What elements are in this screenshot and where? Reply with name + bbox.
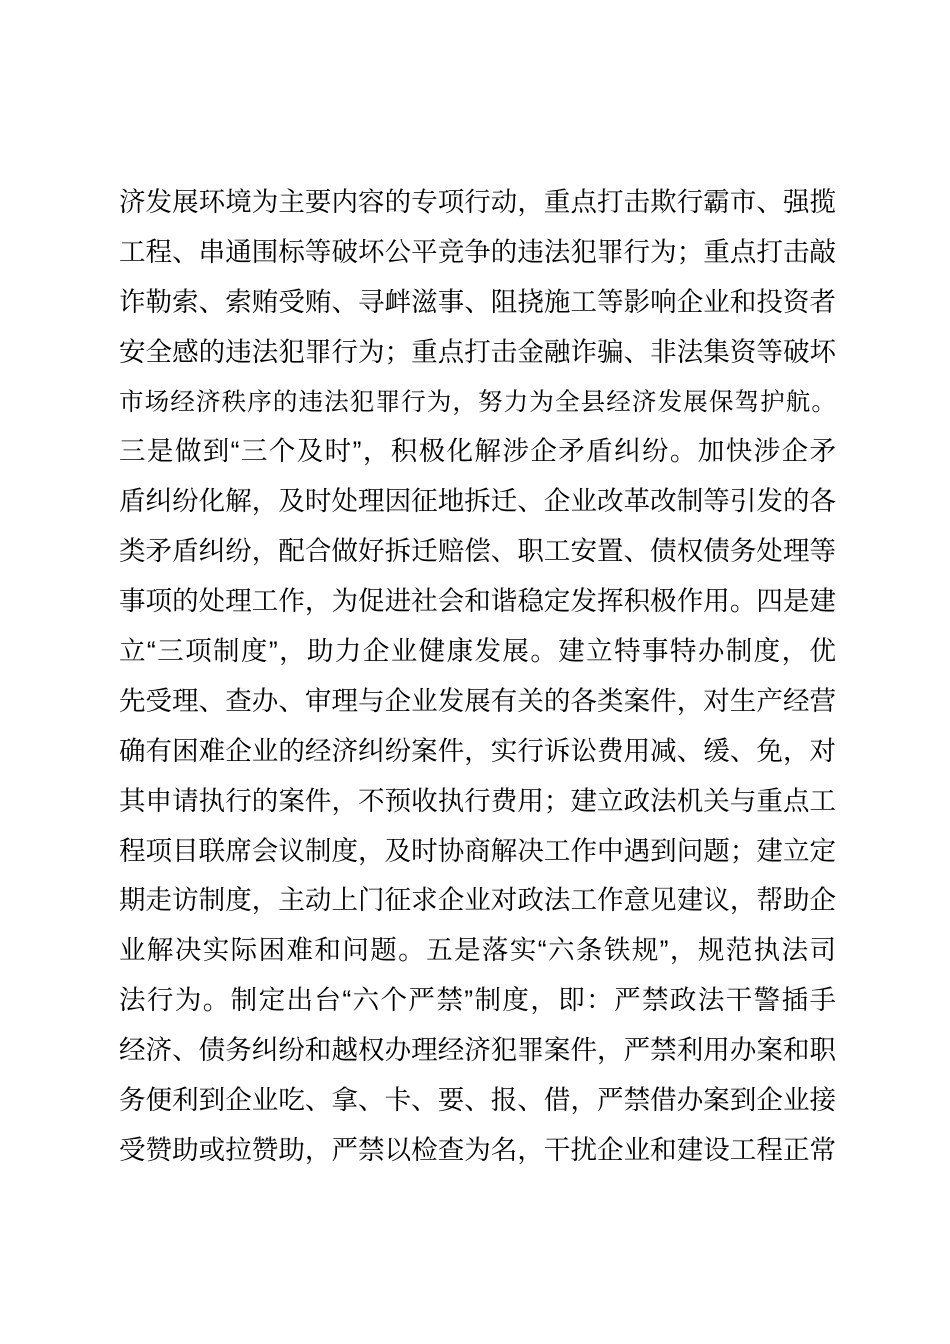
text-line: 三是做到“三个及时”，积极化解涉企矛盾纠纷。加快涉企矛 xyxy=(119,427,836,477)
text-line: 其申请执行的案件，不预收执行费用；建立政法机关与重点工 xyxy=(119,777,836,827)
text-line: 先受理、查办、审理与企业发展有关的各类案件，对生产经营 xyxy=(119,677,836,727)
text-line: 程项目联席会议制度，及时协商解决工作中遇到问题；建立定 xyxy=(119,827,836,877)
text-line: 盾纠纷化解，及时处理因征地拆迁、企业改革改制等引发的各 xyxy=(119,477,836,527)
text-line: 业解决实际困难和问题。五是落实“六条铁规”，规范执法司 xyxy=(119,926,836,976)
text-line: 事项的处理工作，为促进社会和谐稳定发挥积极作用。四是建 xyxy=(119,577,836,627)
text-line: 立“三项制度”，助力企业健康发展。建立特事特办制度，优 xyxy=(119,627,836,677)
text-line: 经济、债务纠纷和越权办理经济犯罪案件，严禁利用办案和职 xyxy=(119,1026,836,1076)
document-page: 济发展环境为主要内容的专项行动，重点打击欺行霸市、强揽 工程、串通围标等破坏公平… xyxy=(0,0,950,1344)
text-line: 济发展环境为主要内容的专项行动，重点打击欺行霸市、强揽 xyxy=(119,178,836,228)
text-line: 务便利到企业吃、拿、卡、要、报、借，严禁借办案到企业接 xyxy=(119,1076,836,1126)
text-line: 期走访制度，主动上门征求企业对政法工作意见建议，帮助企 xyxy=(119,876,836,926)
text-line: 类矛盾纠纷，配合做好拆迁赔偿、职工安置、债权债务处理等 xyxy=(119,527,836,577)
text-line: 受赞助或拉赞助，严禁以检查为名，干扰企业和建设工程正常 xyxy=(119,1126,836,1176)
text-line: 安全感的违法犯罪行为；重点打击金融诈骗、非法集资等破坏 xyxy=(119,328,836,378)
text-line: 确有困难企业的经济纠纷案件，实行诉讼费用减、缓、免，对 xyxy=(119,727,836,777)
text-line: 市场经济秩序的违法犯罪行为，努力为全县经济发展保驾护航。 xyxy=(119,378,836,428)
text-line: 诈勒索、索贿受贿、寻衅滋事、阻挠施工等影响企业和投资者 xyxy=(119,278,836,328)
paragraph-continuation: 济发展环境为主要内容的专项行动，重点打击欺行霸市、强揽 工程、串通围标等破坏公平… xyxy=(119,178,836,1176)
text-line: 法行为。制定出台“六个严禁”制度，即：严禁政法干警插手 xyxy=(119,976,836,1026)
text-line: 工程、串通围标等破坏公平竞争的违法犯罪行为；重点打击敲 xyxy=(119,228,836,278)
